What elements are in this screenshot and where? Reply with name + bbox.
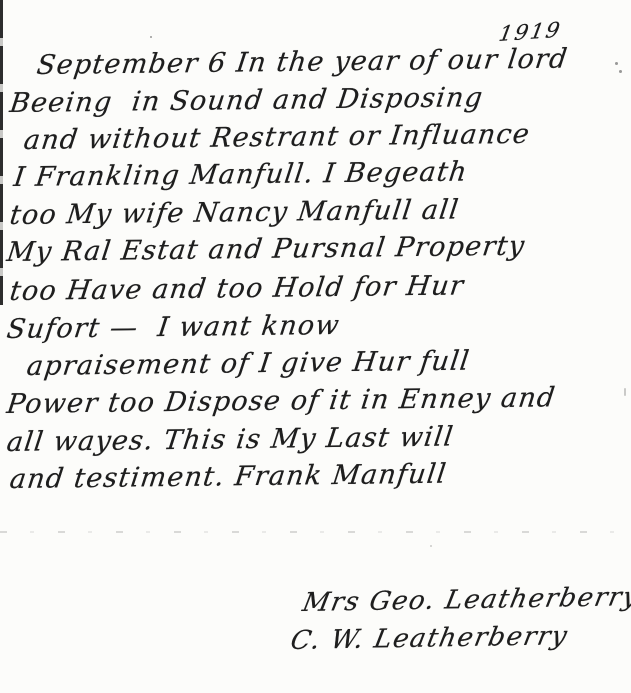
handwritten-line: apraisement of I give Hur full	[25, 346, 472, 382]
scan-smudge-line	[0, 531, 631, 533]
handwritten-line: Power too Dispose of it in Enney and	[5, 382, 558, 420]
handwritten-line: September 6 In the year of our lord	[35, 44, 570, 81]
witness-signature: Mrs Geo. Leatherberry	[300, 582, 631, 618]
handwritten-line: I Frankling Manfull. I Begeath	[12, 156, 470, 193]
scan-speck	[430, 545, 432, 547]
witness-signature: C. W. Leatherberry	[288, 621, 571, 656]
scan-edge-artifact	[0, 0, 3, 305]
document-page: 1919 September 6 In the year of our lord…	[0, 0, 631, 693]
handwritten-line: and testiment. Frank Manfull	[8, 459, 449, 495]
scan-speck	[615, 62, 618, 65]
scan-speck	[624, 388, 626, 396]
scan-speck	[150, 36, 152, 38]
handwritten-line: Sufort — I want know	[5, 310, 342, 345]
scan-speck	[619, 70, 622, 73]
handwritten-line: and without Restrant or Influance	[22, 119, 532, 156]
year-date: 1919	[497, 18, 564, 46]
handwritten-line: Beeing in Sound and Disposing	[8, 82, 485, 119]
handwritten-line: too Have and too Hold for Hur	[8, 270, 466, 307]
handwritten-line: too My wife Nancy Manfull all	[8, 195, 461, 231]
handwritten-line: all wayes. This is My Last will	[5, 422, 456, 458]
handwritten-line: My Ral Estat and Pursnal Property	[5, 231, 527, 268]
